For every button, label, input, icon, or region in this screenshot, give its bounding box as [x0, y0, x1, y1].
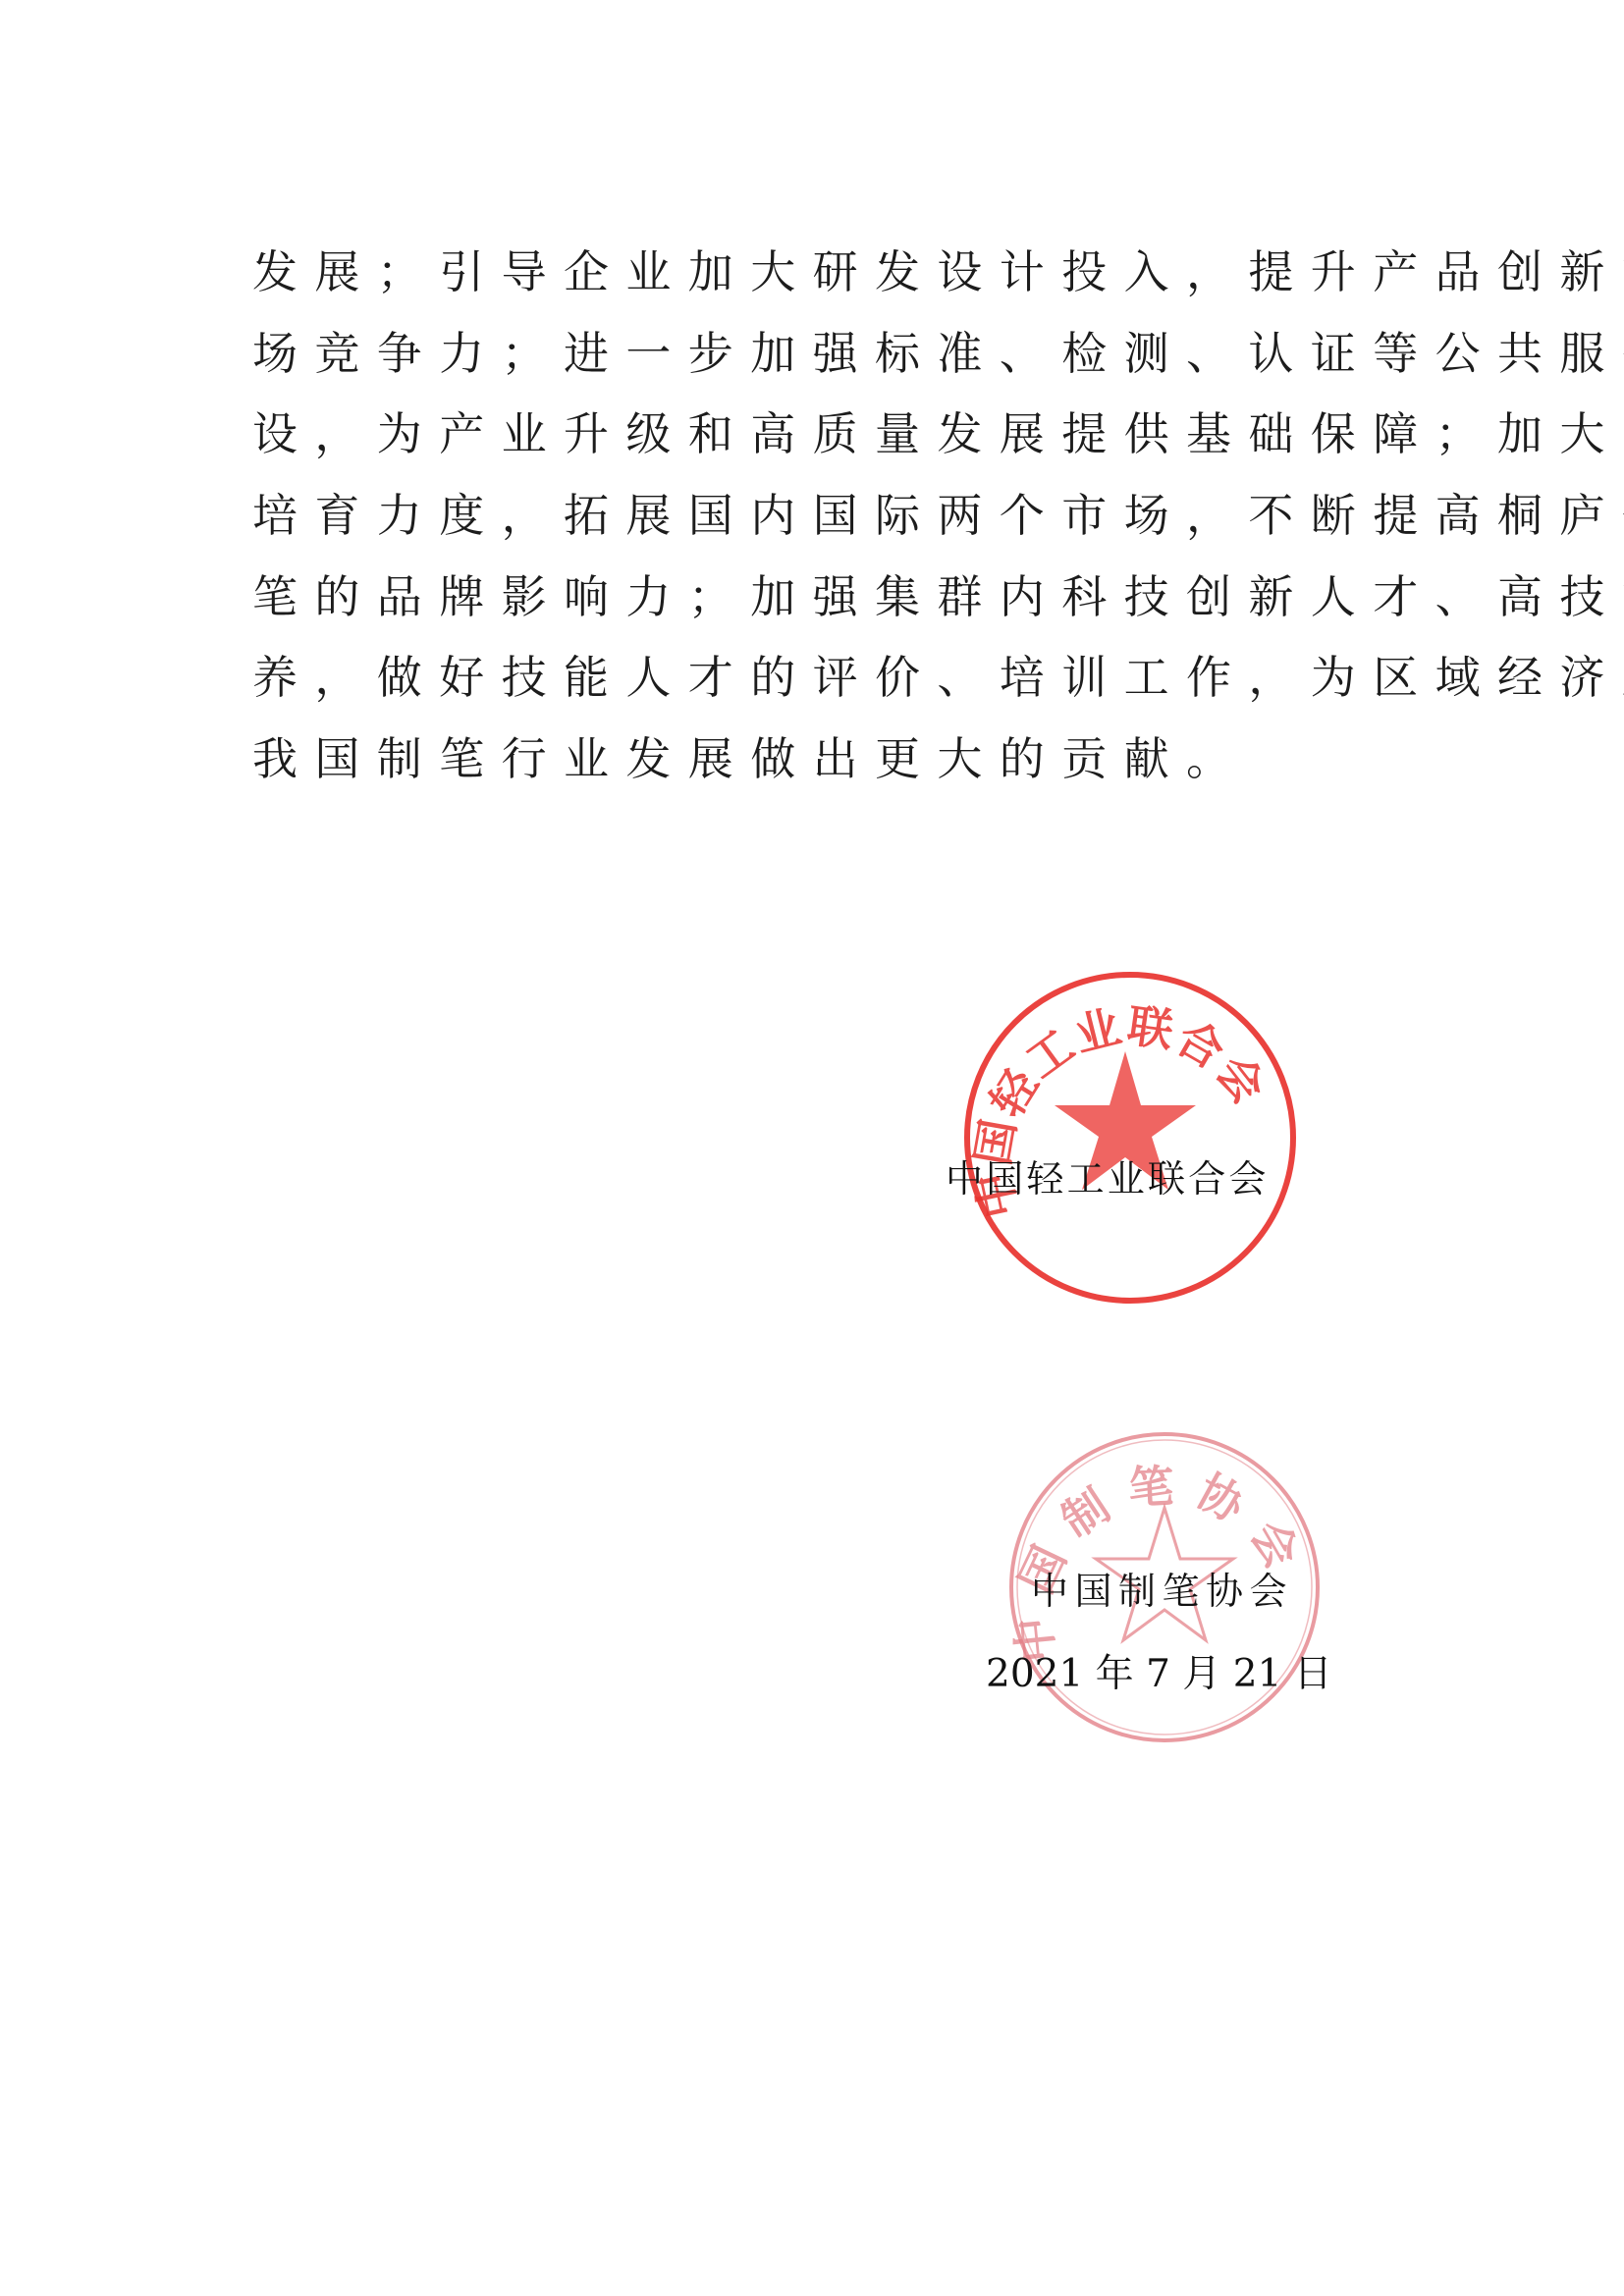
- signature-org-writing-instrument-association: 中国制笔协会: [1031, 1561, 1293, 1615]
- date-day: 21: [1233, 1652, 1282, 1696]
- body-line-4: 培育力度，拓展国内国际两个市场，不断提高桐庐分水圆珠: [252, 484, 1381, 565]
- date-day-unit: 日: [1294, 1643, 1332, 1698]
- date-month-unit: 月: [1182, 1643, 1220, 1698]
- date-year: 2021: [986, 1652, 1083, 1696]
- body-line-6: 养，做好技能人才的评价、培训工作，为区域经济发展，为: [252, 646, 1381, 727]
- date-year-unit: 年: [1096, 1643, 1134, 1698]
- body-line-2: 场竞争力；进一步加强标准、检测、认证等公共服务平台建: [252, 322, 1381, 403]
- official-seal-light-industry-council: 中国轻工业联合会: [960, 968, 1300, 1308]
- signature-date: 2021 年 7 月 21 日: [986, 1643, 1332, 1698]
- date-month: 7: [1146, 1652, 1170, 1696]
- body-line-7: 我国制笔行业发展做出更大的贡献。: [252, 727, 1381, 809]
- body-paragraph: 发展；引导企业加大研发设计投入，提升产品创新能力和市 场竞争力；进一步加强标准、…: [252, 240, 1381, 809]
- seal-star-icon: 中国轻工业联合会: [960, 968, 1300, 1308]
- body-line-3: 设，为产业升级和高质量发展提供基础保障；加大自主品牌: [252, 402, 1381, 484]
- signature-org-light-industry-council: 中国轻工业联合会: [946, 1148, 1270, 1202]
- document-page: 发展；引导企业加大研发设计投入，提升产品创新能力和市 场竞争力；进一步加强标准、…: [0, 0, 1624, 2296]
- body-line-1: 发展；引导企业加大研发设计投入，提升产品创新能力和市: [252, 240, 1381, 322]
- body-line-5: 笔的品牌影响力；加强集群内科技创新人才、高技能人才培: [252, 565, 1381, 647]
